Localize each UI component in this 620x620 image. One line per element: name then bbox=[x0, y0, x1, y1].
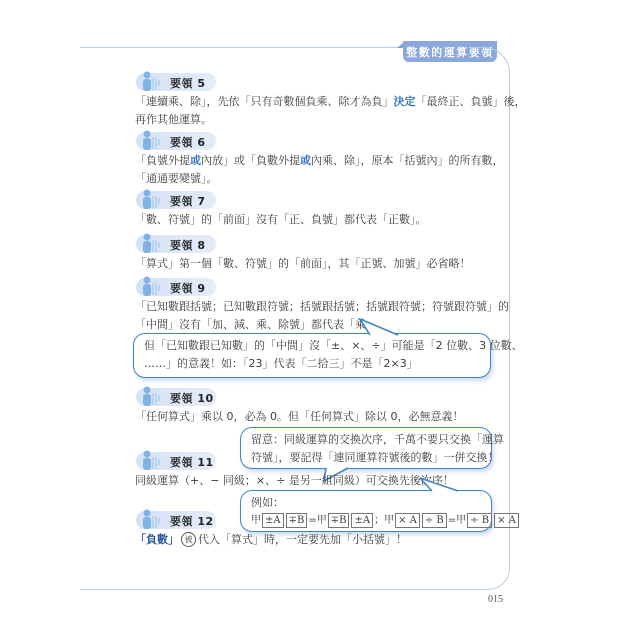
section-header-8: 要領 8 bbox=[136, 235, 216, 253]
section-9-line-1: 「已知數跟括號；已知數跟符號；括號跟括號；括號跟符號；符號跟符號」的 bbox=[135, 298, 509, 316]
section-6-line-2: 「通通要變號」。 bbox=[135, 170, 218, 188]
frame-top-border bbox=[80, 47, 404, 48]
section-5-line-2: 再作其他運算。 bbox=[135, 111, 212, 129]
highlight-text: 或 bbox=[190, 154, 201, 167]
section-header-10: 要領 10 bbox=[136, 388, 216, 406]
highlight-text: 決定 bbox=[394, 95, 416, 108]
section-12-line-1: 「負數」被代入「算式」時，一定要先加「小括號」！ bbox=[135, 531, 407, 549]
frame-bottom-border bbox=[80, 589, 480, 590]
callout-line: 但「已知數跟已知數」的「中間」沒「±、×、÷」可能是「2 位數、3 位數、 bbox=[144, 337, 480, 355]
example-title: 例如： bbox=[251, 494, 481, 512]
expr-box: ∓B bbox=[328, 513, 350, 528]
callout-note-9: 但「已知數跟已知數」的「中間」沒「±、×、÷」可能是「2 位數、3 位數、 ……… bbox=[133, 333, 491, 378]
example-expression: 甲±A∓B=甲∓B±A；甲× A÷ B=甲÷ B× A bbox=[251, 512, 481, 530]
expr-token: 甲 bbox=[384, 515, 394, 526]
expr-box: × A bbox=[395, 513, 420, 528]
expr-token: 甲 bbox=[317, 515, 327, 526]
expr-token: 甲 bbox=[456, 515, 466, 526]
section-7-line-1: 「數、符號」的「前面」沒有「正、負號」都代表「正數」。 bbox=[135, 211, 427, 229]
expr-token: = bbox=[448, 515, 456, 526]
section-5-line-1: 「連續乘、除」，先依「只有奇數個負乘、除才為負」決定「最終正、負號」後， bbox=[135, 93, 526, 111]
section-header-11: 要領 11 bbox=[136, 452, 216, 470]
section-label: 要領 8 bbox=[170, 237, 205, 253]
person-icon bbox=[140, 385, 162, 407]
callout-line: ……」的意義！如：「23」代表「二拾三」不是「2×3」 bbox=[144, 355, 480, 373]
section-label: 要領 10 bbox=[170, 390, 214, 406]
person-icon bbox=[140, 129, 162, 151]
callout-tail bbox=[418, 476, 460, 492]
person-icon bbox=[140, 508, 162, 530]
section-header-5: 要領 5 bbox=[136, 73, 216, 91]
text: 「負號外提 bbox=[135, 154, 190, 167]
section-10-line-1: 「任何算式」乘以 0，必為 0。但「任何算式」除以 0，必無意義！ bbox=[135, 408, 463, 426]
section-11-line-1: 同級運算（+、− 同級；×、÷ 是另一組同級）可交換先後次序！ bbox=[135, 472, 454, 490]
text: 「最終正、負號」後， bbox=[416, 95, 526, 108]
section-header-7: 要領 7 bbox=[136, 191, 216, 209]
callout-tail bbox=[358, 318, 402, 336]
text: 內放」或「負數外提 bbox=[201, 154, 300, 167]
section-header-9: 要領 9 bbox=[136, 278, 216, 296]
section-label: 要領 7 bbox=[170, 193, 205, 209]
expr-token: ； bbox=[374, 515, 384, 526]
section-8-line-1: 「算式」第一個「數、符號」的「前面」，其「正號、加號」必省略！ bbox=[135, 255, 471, 273]
text: 內乘、除」，原本「括號內」的所有數， bbox=[311, 154, 504, 167]
section-9-line-2: 「中間」沒有「加、減、乘、除號」都代表「乘」。 bbox=[135, 316, 383, 334]
section-label: 要領 6 bbox=[170, 134, 205, 150]
callout-example: 例如： 甲±A∓B=甲∓B±A；甲× A÷ B=甲÷ B× A bbox=[240, 490, 492, 532]
expr-box: ÷ B bbox=[422, 513, 447, 528]
callout-line: 留意：同級運算的交換次序，千萬不要只交換「運算 bbox=[251, 431, 481, 449]
expr-box: × A bbox=[494, 513, 519, 528]
section-label: 要領 5 bbox=[170, 75, 205, 91]
expr-box: ±A bbox=[262, 513, 284, 528]
person-icon bbox=[140, 70, 162, 92]
circled-character: 被 bbox=[181, 532, 196, 547]
highlight-text: 或 bbox=[300, 154, 311, 167]
expr-token: 甲 bbox=[251, 515, 261, 526]
section-label: 要領 12 bbox=[170, 513, 214, 529]
section-label: 要領 9 bbox=[170, 280, 205, 296]
callout-caution: 留意：同級運算的交換次序，千萬不要只交換「運算 符號」，要記得「連同運算符號後的… bbox=[240, 427, 492, 469]
section-header-12: 要領 12 bbox=[136, 511, 216, 529]
section-header-6: 要領 6 bbox=[136, 132, 216, 150]
section-label: 要領 11 bbox=[170, 454, 214, 470]
expr-box: ÷ B bbox=[467, 513, 492, 528]
highlight-text: 「負數」 bbox=[135, 533, 179, 546]
callout-line: 符號」，要記得「連同運算符號後的數」一併交換！ bbox=[251, 449, 481, 467]
expr-box: ±A bbox=[351, 513, 373, 528]
person-icon bbox=[140, 188, 162, 210]
text: 「連續乘、除」，先依「只有奇數個負乘、除才為負」 bbox=[135, 95, 394, 108]
page-number: 015 bbox=[488, 594, 503, 605]
person-icon bbox=[140, 232, 162, 254]
text: 代入「算式」時，一定要先加「小括號」！ bbox=[198, 533, 407, 546]
person-icon bbox=[140, 275, 162, 297]
expr-box: ∓B bbox=[286, 513, 308, 528]
person-icon bbox=[140, 449, 162, 471]
section-6-line-1: 「負號外提或內放」或「負數外提或內乘、除」，原本「括號內」的所有數， bbox=[135, 152, 504, 170]
expr-token: = bbox=[308, 515, 316, 526]
